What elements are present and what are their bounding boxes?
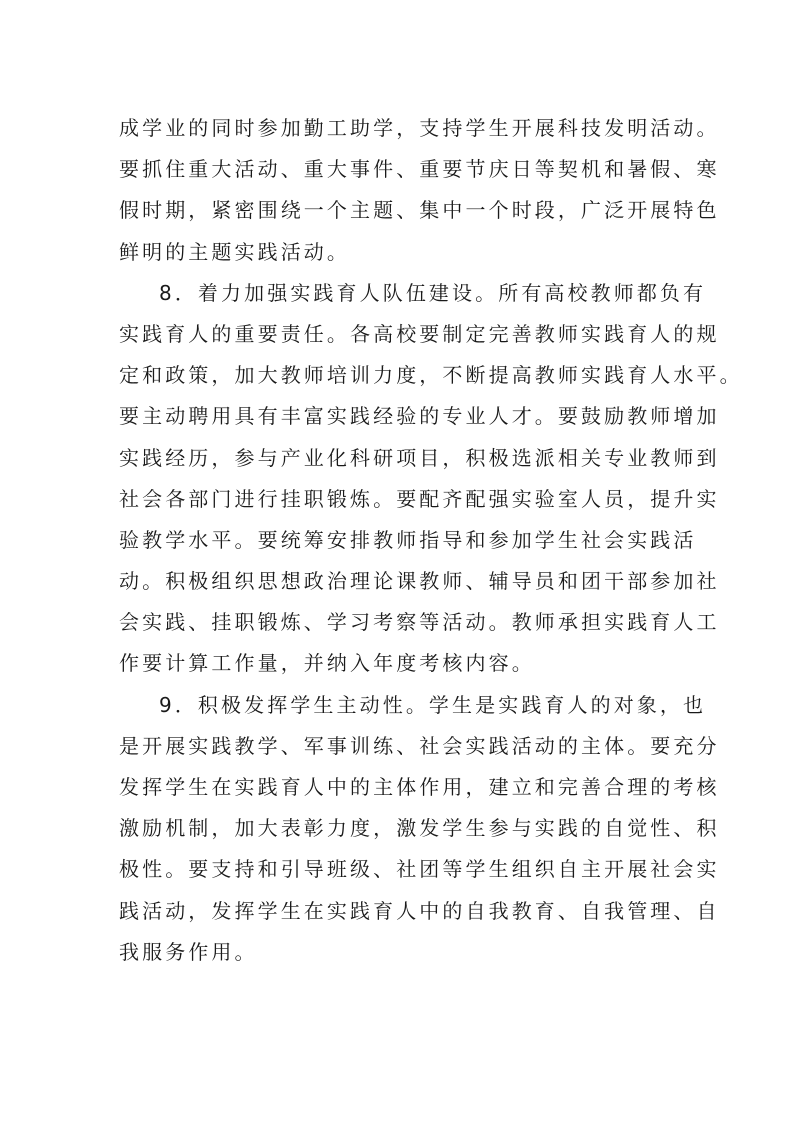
text-line: 是开展实践教学、军事训练、社会实践活动的主体。要充分 — [119, 726, 679, 767]
text-line: 激励机制，加大表彰力度，激发学生参与实践的自觉性、积 — [119, 808, 679, 849]
text-line: 8．着力加强实践育人队伍建设。所有高校教师都负有 — [119, 273, 679, 314]
paragraph-item-9: 9．积极发挥学生主动性。学生是实践育人的对象，也 是开展实践教学、军事训练、社会… — [119, 685, 679, 973]
text-line: 鲜明的主题实践活动。 — [119, 232, 679, 273]
text-line: 要抓住重大活动、重大事件、重要节庆日等契机和暑假、寒 — [119, 149, 679, 190]
text-line: 要主动聘用具有丰富实践经验的专业人才。要鼓励教师增加 — [119, 396, 679, 437]
text-line: 实践经历，参与产业化科研项目，积极选派相关专业教师到 — [119, 438, 679, 479]
text-line: 作要计算工作量，并纳入年度考核内容。 — [119, 643, 679, 684]
text-line: 极性。要支持和引导班级、社团等学生组织自主开展社会实 — [119, 849, 679, 890]
text-line: 验教学水平。要统筹安排教师指导和参加学生社会实践活 — [119, 520, 679, 561]
body-text: 成学业的同时参加勤工助学，支持学生开展科技发明活动。 要抓住重大活动、重大事件、… — [119, 108, 679, 973]
paragraph-continuation: 成学业的同时参加勤工助学，支持学生开展科技发明活动。 要抓住重大活动、重大事件、… — [119, 108, 679, 273]
paragraph-item-8: 8．着力加强实践育人队伍建设。所有高校教师都负有 实践育人的重要责任。各高校要制… — [119, 273, 679, 685]
text-line: 成学业的同时参加勤工助学，支持学生开展科技发明活动。 — [119, 108, 679, 149]
text-line: 9．积极发挥学生主动性。学生是实践育人的对象，也 — [119, 685, 679, 726]
text-line: 社会各部门进行挂职锻炼。要配齐配强实验室人员，提升实 — [119, 479, 679, 520]
text-line: 践活动，发挥学生在实践育人中的自我教育、自我管理、自 — [119, 891, 679, 932]
text-line: 会实践、挂职锻炼、学习考察等活动。教师承担实践育人工 — [119, 602, 679, 643]
text-line: 定和政策，加大教师培训力度，不断提高教师实践育人水平。 — [119, 355, 679, 396]
document-page: 成学业的同时参加勤工助学，支持学生开展科技发明活动。 要抓住重大活动、重大事件、… — [0, 0, 793, 1122]
text-line: 我服务作用。 — [119, 932, 679, 973]
text-line: 动。积极组织思想政治理论课教师、辅导员和团干部参加社 — [119, 561, 679, 602]
text-line: 发挥学生在实践育人中的主体作用，建立和完善合理的考核 — [119, 767, 679, 808]
text-line: 实践育人的重要责任。各高校要制定完善教师实践育人的规 — [119, 314, 679, 355]
text-line: 假时期，紧密围绕一个主题、集中一个时段，广泛开展特色 — [119, 190, 679, 231]
